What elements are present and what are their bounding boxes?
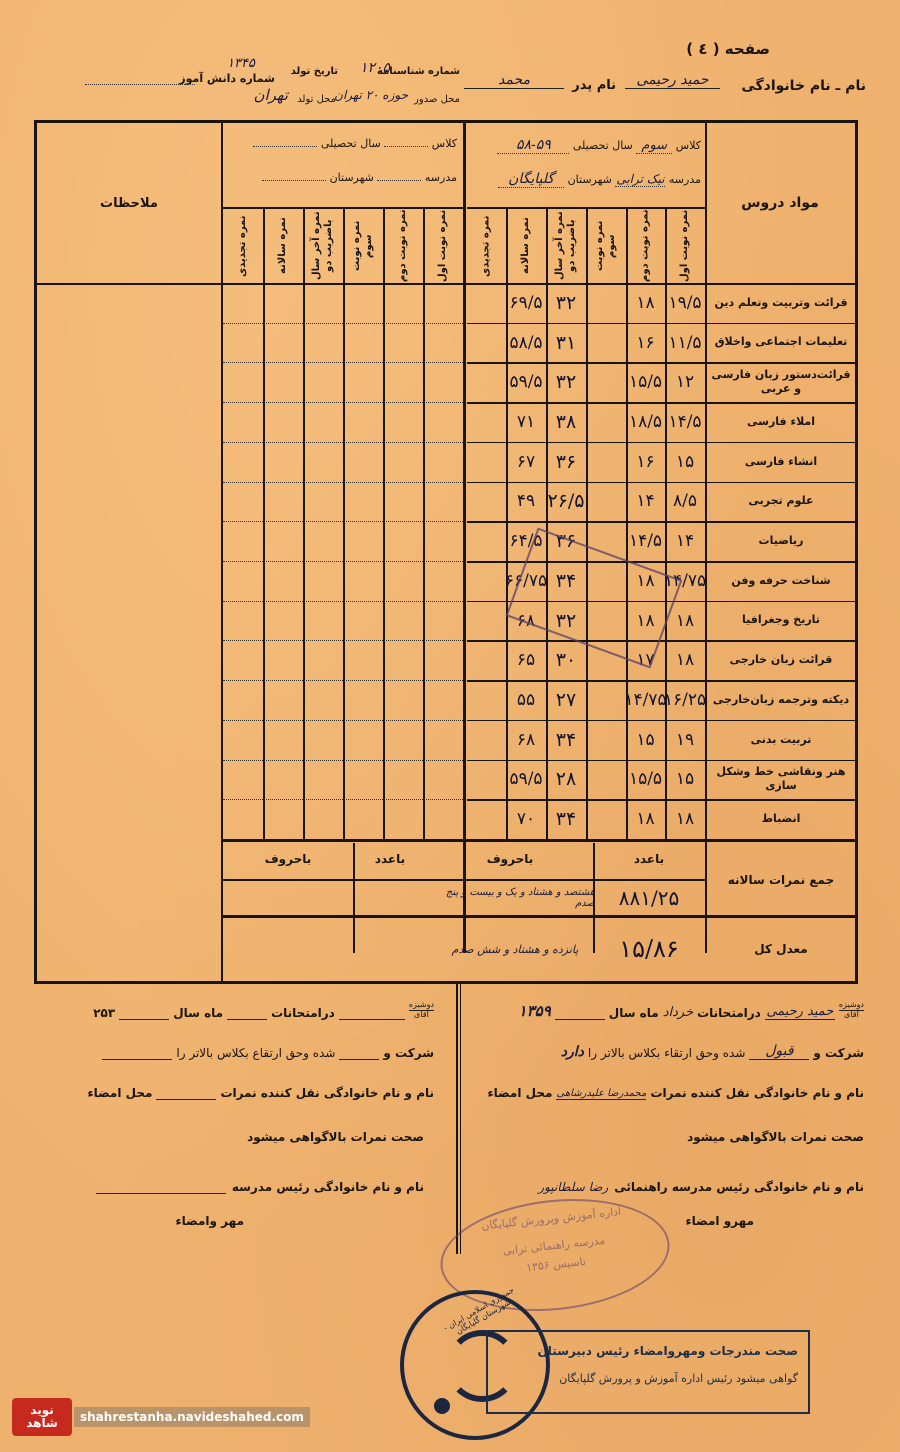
surname-label-text: نام ـ نام خانوادگی	[741, 78, 866, 94]
surname-value: حمید رحیمی	[625, 72, 720, 89]
grade-g3	[586, 323, 626, 363]
totals-mid-line	[223, 915, 855, 918]
subject-name: قرائت وتربیت وتعلم دین	[707, 283, 855, 323]
grade-g2: ۱۵	[626, 720, 665, 760]
row-divider	[467, 402, 855, 404]
class-value: سوم	[636, 138, 672, 154]
grade-final: ۳۶	[546, 442, 586, 482]
id-value: ۱۲۰۵	[360, 60, 390, 76]
year-label: سال تحصیلی	[321, 137, 381, 150]
watermark: نوید شاهد shahrestanha.navideshahed.com	[12, 1398, 310, 1436]
subject-name: شناخت حرفه وفن	[707, 561, 855, 601]
grade-g1: ۱۴/۵	[665, 402, 705, 442]
subject-name: قرائت‌دستور زبان فارسی و عربی	[707, 362, 855, 402]
subject-name: ریاضیات	[707, 521, 855, 561]
grade-g2: ۱۴	[626, 482, 665, 522]
class-label: کلاس	[432, 137, 457, 150]
grade-annual: ۵۹/۵	[506, 760, 546, 800]
subject-name: تاریخ وجغرافیا	[707, 601, 855, 641]
grade-retake	[467, 442, 506, 482]
grade-g3	[586, 680, 626, 720]
subject-name: انشاء فارسی	[707, 442, 855, 482]
result-value: قبول	[749, 1043, 809, 1060]
col-term1: نمره نوبت اول	[665, 209, 705, 283]
principal-name: رضا سلطانپور	[538, 1180, 608, 1194]
school-label: مدرسه	[669, 173, 701, 186]
col-annual: نمره سالانه	[506, 209, 546, 283]
grade-retake	[467, 561, 506, 601]
row-divider	[467, 362, 855, 364]
grade-g3	[586, 283, 626, 323]
grade-annual: ۷۰	[506, 799, 546, 839]
grade-final: ۳۸	[546, 402, 586, 442]
cert-divider	[456, 984, 458, 1254]
year-label: سال تحصیلی	[573, 139, 633, 152]
divider-year-blocks	[463, 123, 466, 953]
grade-retake	[467, 323, 506, 363]
cert-right-line1: دوشیزه آقای حمید رحیمی درامتحانات خرداد …	[464, 990, 864, 1020]
grade-retake	[467, 601, 506, 641]
grade-g2: ۱۵/۵	[626, 760, 665, 800]
cert-left-line1: دوشیزه آقای درامتحانات ماه سال ۲۵۳	[34, 990, 434, 1020]
grade-final: ۳۴	[546, 799, 586, 839]
grade-annual: ۵۹/۵	[506, 362, 546, 402]
birth-place-label: محل تولد	[297, 94, 336, 105]
cert-right-line2: شرکت و قبول شده وحق ارتقاء بکلاس بالاتر …	[464, 1020, 864, 1060]
col2-term3: نمره نوبت سوم	[343, 209, 383, 283]
grade-g1: ۱۸	[665, 799, 705, 839]
grade-g1: ۱۵	[665, 760, 705, 800]
sum-letters-header: باحروف	[427, 845, 593, 873]
year-value: ۵۸-۵۹	[497, 137, 569, 154]
grade-annual: ۵۵	[506, 680, 546, 720]
grade-g1: ۸/۵	[665, 482, 705, 522]
birth-date-value: ۱۳۴۵	[227, 56, 255, 71]
cert-right-line4: صحت نمرات بالاگواهی میشود	[464, 1100, 864, 1144]
grade-g3	[586, 760, 626, 800]
grade-g2: ۱۸	[626, 799, 665, 839]
grades-table: مواد دروس ملاحظات کلاس سوم سال تحصیلی ۵۸…	[34, 120, 858, 984]
subject-name: دیکته وترجمه زبان‌خارجی	[707, 680, 855, 720]
col-final: نمره آخر سال باضریب دو	[546, 209, 586, 283]
city-label: شهرستان	[568, 173, 612, 186]
rows-bottom	[223, 839, 855, 842]
student-no-field	[85, 84, 195, 85]
subjects-header: مواد دروس	[705, 123, 855, 283]
grade-retake	[467, 482, 506, 522]
father-value: محمد	[464, 72, 564, 89]
grade-g3	[586, 720, 626, 760]
grade-g1: ۱۸	[665, 640, 705, 680]
year2-school-row: مدرسه شهرستان	[262, 171, 457, 184]
navideshahed-logo: نوید شاهد	[12, 1398, 72, 1436]
col2-retake: نمره تجدیدی	[223, 209, 263, 283]
grade-g1: ۱۱/۵	[665, 323, 705, 363]
remarks-header: ملاحظات	[37, 123, 221, 283]
row-divider	[467, 680, 855, 682]
watermark-url: shahrestanha.navideshahed.com	[74, 1407, 310, 1427]
col-term3: نمره نوبت سوم	[586, 209, 626, 283]
grade-final: ۳۲	[546, 283, 586, 323]
col2-term1: نمره نوبت اول	[423, 209, 463, 283]
city-value: گلپایگان	[498, 171, 564, 188]
year1-school-row: مدرسه نیک ترابی شهرستان گلپایگان	[498, 171, 701, 188]
row-divider	[467, 442, 855, 444]
subject-name: تعلیمات اجتماعی واخلاق	[707, 323, 855, 363]
grade-g2: ۱۵/۵	[626, 362, 665, 402]
grade-retake	[467, 283, 506, 323]
cert-left-line4: صحت نمرات بالاگواهی میشود	[34, 1100, 424, 1144]
student-name: حمید رحیمی	[765, 1004, 835, 1020]
grade-final: ۳۴	[546, 720, 586, 760]
grade-annual: ۶۸	[506, 720, 546, 760]
subject-name: قرائت زبان خارجی	[707, 640, 855, 680]
school-value: نیک ترابی	[615, 172, 665, 187]
row-divider	[467, 482, 855, 484]
grade-g2: ۱۴/۵	[626, 521, 665, 561]
issue-place-value: حوزه ۲۰ تهران	[334, 88, 408, 102]
col-term2: نمره نوبت دوم	[626, 209, 665, 283]
row-divider	[467, 760, 855, 762]
page-number: صفحه ( ٤ )	[686, 40, 770, 58]
grade-g2: ۱۶	[626, 323, 665, 363]
grade-g1: ۱۲	[665, 362, 705, 402]
grade-final: ۲۶/۵	[546, 482, 586, 522]
grade-retake	[467, 640, 506, 680]
avg-numeric: ۱۵/۸۶	[593, 923, 705, 975]
avg-label: معدل کل	[707, 919, 855, 979]
grade-g3	[586, 362, 626, 402]
row-divider	[467, 323, 855, 325]
grade-g1: ۱۹/۵	[665, 283, 705, 323]
grade-g2: ۱۸/۵	[626, 402, 665, 442]
row-divider	[467, 720, 855, 722]
grade-retake	[467, 362, 506, 402]
grade-retake	[467, 521, 506, 561]
exam-month: خرداد	[663, 1005, 693, 1020]
sum-label: جمع نمرات سالانه	[707, 845, 855, 915]
birth-place-value: تهران	[253, 86, 288, 104]
grade-g1: ۱۵	[665, 442, 705, 482]
city-label: شهرستان	[330, 171, 374, 184]
birth-date-label: تاریخ تولد	[291, 66, 338, 77]
grade-annual: ۴۹	[506, 482, 546, 522]
subject-name: املاء فارسی	[707, 402, 855, 442]
grade-final: ۳۰	[546, 640, 586, 680]
surname-label: نام ـ نام خانوادگی	[741, 78, 866, 94]
grade-g3	[586, 402, 626, 442]
sum-letters: هشتصد و هشتاد و یک و بیست و پنج صدم	[435, 883, 595, 913]
grade-g1: ۱۶/۲۵	[665, 680, 705, 720]
grade-retake	[467, 680, 506, 720]
grade-final: ۲۸	[546, 760, 586, 800]
cert-left-line2: شرکت و شده وحق ارتقاع بکلاس بالاتر را	[34, 1020, 434, 1060]
grade-retake	[467, 799, 506, 839]
grade-annual: ۶۵	[506, 640, 546, 680]
year2-class-row: کلاس سال تحصیلی	[253, 137, 457, 150]
cert-left-line5: نام و نام خانوادگی رئیس مدرسه	[34, 1144, 424, 1194]
grade-g2: ۱۶	[626, 442, 665, 482]
col2-term2: نمره نوبت دوم	[383, 209, 423, 283]
attestation-box-stamp: صحت مندرجات ومهروامضاء رئیس دبیرستان گوا…	[486, 1330, 810, 1414]
grade-g3	[586, 482, 626, 522]
title-fraction: دوشیزه آقای	[839, 1001, 864, 1020]
col2-final: نمره آخر سال باضریب دو	[303, 209, 343, 283]
sum-numeric-header: باعدد	[593, 845, 705, 873]
grade-g1: ۱۹	[665, 720, 705, 760]
subject-name: هنر ونقاشی خط وشکل سازی	[707, 760, 855, 800]
grade-final: ۳۲	[546, 362, 586, 402]
subject-name: تربیت بدنی	[707, 720, 855, 760]
grade-retake	[467, 760, 506, 800]
cert-left-line3: نام و نام خانوادگی نقل کننده نمرات محل ا…	[34, 1060, 434, 1100]
row-divider	[467, 640, 855, 642]
grade-annual: ۷۱	[506, 402, 546, 442]
grade-g1: ۱۴	[665, 521, 705, 561]
grade-annual: ۶۹/۵	[506, 283, 546, 323]
grade-g3	[586, 442, 626, 482]
grade-final: ۲۷	[546, 680, 586, 720]
grade-annual: ۶۷	[506, 442, 546, 482]
row-divider	[467, 799, 855, 801]
class-label: کلاس	[676, 139, 701, 152]
row-divider	[467, 521, 855, 523]
sum-numeric: ۸۸۱/۲۵	[593, 881, 705, 915]
grade-g2: ۱۸	[626, 283, 665, 323]
grade-annual: ۵۸/۵	[506, 323, 546, 363]
seal-sun-icon	[434, 1398, 450, 1414]
cert-left: دوشیزه آقای درامتحانات ماه سال ۲۵۳ شرکت …	[34, 990, 434, 1228]
father-label: نام پدر	[572, 78, 616, 93]
cert-right-line5: نام و نام خانوادگی رئیس مدرسه راهنمائی ر…	[464, 1144, 864, 1194]
grade-retake	[467, 720, 506, 760]
sum2-letters-header: باحروف	[223, 845, 353, 873]
grade-g3	[586, 799, 626, 839]
grade-g2: ۱۴/۷۵	[626, 680, 665, 720]
cert-right-line3: نام و نام خانوادگی نقل کننده نمرات محمدر…	[464, 1060, 864, 1100]
issue-place-label: محل صدور	[414, 94, 460, 105]
cert-left-seal-label: مهر وامضاء	[34, 1214, 244, 1228]
year1-class-row: کلاس سوم سال تحصیلی ۵۸-۵۹	[497, 137, 701, 154]
avg-letters: پانزده و هشتاد و شش صدم	[435, 929, 595, 969]
sum2-numeric-header: باعدد	[353, 845, 427, 873]
subject-name: علوم تجربی	[707, 482, 855, 522]
grade-final: ۳۱	[546, 323, 586, 363]
subject-name: انضباط	[707, 799, 855, 839]
exam-year: ۱۳۵۹	[519, 1002, 551, 1020]
cert-right: دوشیزه آقای حمید رحیمی درامتحانات خرداد …	[464, 990, 864, 1228]
col2-annual: نمره سالانه	[263, 209, 303, 283]
grade-retake	[467, 402, 506, 442]
transcriber-name: محمدرضا علیدرشاهی	[556, 1088, 646, 1100]
col-retake: نمره تجدیدی	[467, 209, 506, 283]
school-label: مدرسه	[425, 171, 457, 184]
